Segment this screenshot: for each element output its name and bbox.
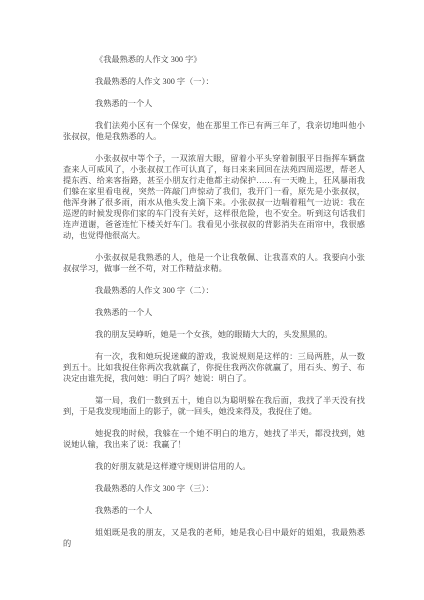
essay-3-heading: 我最熟悉的人作文 300 字（三）： <box>63 483 365 494</box>
paragraph: 我的朋友吴峥昕，她是一个女孩，她的眼睛大大的，头发黑黑的。 <box>63 329 365 340</box>
essay-3: 我最熟悉的人作文 300 字（三）： 我熟悉的一个人 姐姐既是我的朋友，又是我的… <box>63 483 365 549</box>
paragraph: 小张叔叔中等个子，一双浓眉大眼，留着小平头穿着制服平日指挥车辆盘查来人可威风了，… <box>63 153 365 241</box>
paragraph: 我们法苑小区有一个保安，他在那里工作已有两三年了，我亲切地叫他小张叔叔，他是我熟… <box>63 120 365 142</box>
essay-1-subtitle: 我熟悉的一个人 <box>63 98 365 109</box>
essay-3-subtitle: 我熟悉的一个人 <box>63 505 365 516</box>
essay-1: 我最熟悉的人作文 300 字（一）： 我熟悉的一个人 我们法苑小区有一个保安，他… <box>63 76 365 274</box>
essay-1-heading: 我最熟悉的人作文 300 字（一）： <box>63 76 365 87</box>
paragraph: 姐姐既是我的朋友，又是我的老师，她是我心目中最好的姐姐，我最熟悉的 <box>63 527 365 549</box>
paragraph: 小张叔叔是我熟悉的人，他是一个让我敬佩、让我喜欢的人。我要向小张叔叔学习，做事一… <box>63 252 365 274</box>
document-page: 《我最熟悉的人作文 300 字》 我最熟悉的人作文 300 字（一）： 我熟悉的… <box>0 0 424 600</box>
essay-2-subtitle: 我熟悉的一个人 <box>63 307 365 318</box>
paragraph: 我的好朋友就是这样遵守规则讲信用的人。 <box>63 461 365 472</box>
paragraph: 第一局，我们一数到五十，她自以为聪明躲在我后面，我找了半天没有找到，于是我发现地… <box>63 395 365 417</box>
essay-2-heading: 我最熟悉的人作文 300 字（二）： <box>63 285 365 296</box>
document-title: 《我最熟悉的人作文 300 字》 <box>63 54 365 65</box>
paragraph: 有一次，我和她玩捉迷藏的游戏，我说规则是这样的：三局两胜，从一数到五十。比如我捉… <box>63 351 365 384</box>
essay-2: 我最熟悉的人作文 300 字（二）： 我熟悉的一个人 我的朋友吴峥昕，她是一个女… <box>63 285 365 472</box>
paragraph: 她捉我的时候，我躲在一个她不明白的地方，她找了半天，都没找到，她说她认输，我出来… <box>63 428 365 450</box>
